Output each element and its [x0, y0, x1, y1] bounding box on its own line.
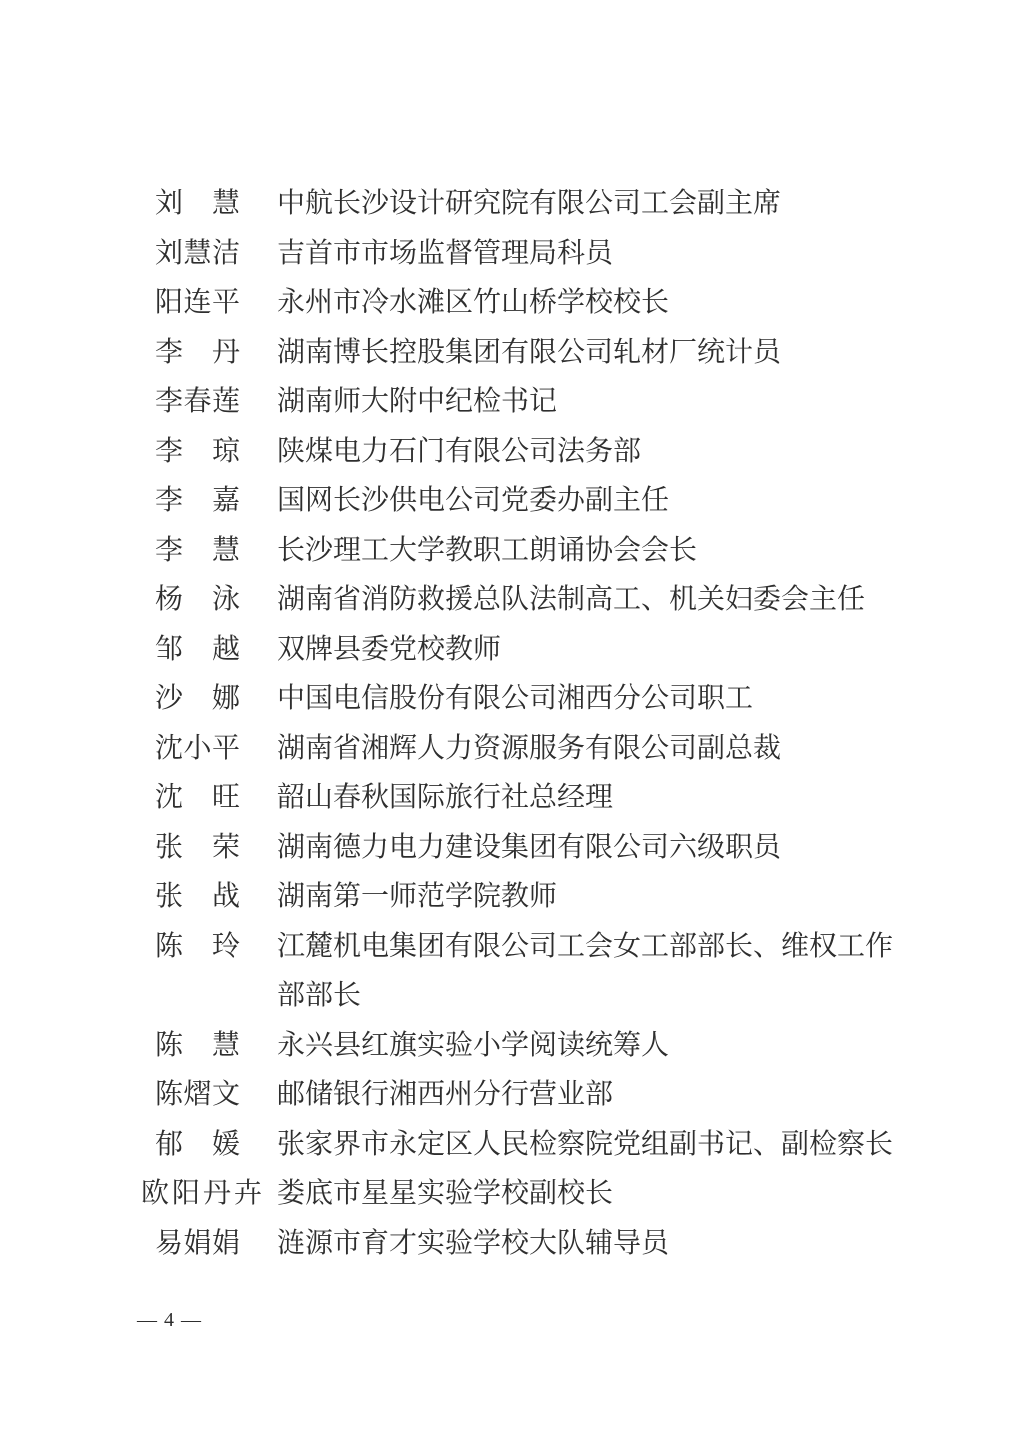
- entry-title: 涟源市育才实验学校大队辅导员: [277, 1219, 897, 1269]
- list-item: 阳连平 永州市冷水滩区竹山桥学校校长: [0, 278, 1024, 328]
- entry-title: 湖南德力电力建设集团有限公司六级职员: [277, 823, 897, 873]
- entry-name: 陈熠文: [155, 1070, 240, 1120]
- list-item: 张荣 湖南德力电力建设集团有限公司六级职员: [0, 823, 1024, 873]
- list-item: 李丹 湖南博长控股集团有限公司轧材厂统计员: [0, 328, 1024, 378]
- entry-title: 永州市冷水滩区竹山桥学校校长: [277, 278, 897, 328]
- entry-title: 湖南省消防救援总队法制高工、机关妇委会主任: [277, 575, 897, 625]
- list-item: 李春莲 湖南师大附中纪检书记: [0, 377, 1024, 427]
- entry-name: 刘慧: [155, 179, 240, 229]
- entry-name: 易娟娟: [155, 1219, 240, 1269]
- entry-name: 李琼: [155, 427, 240, 477]
- entry-title: 湖南博长控股集团有限公司轧材厂统计员: [277, 328, 897, 378]
- entry-title: 中国电信股份有限公司湘西分公司职工: [277, 674, 897, 724]
- entry-name: 陈玲: [155, 922, 240, 972]
- entry-title: 湖南省湘辉人力资源服务有限公司副总裁: [277, 724, 897, 774]
- entry-title: 湖南第一师范学院教师: [277, 872, 897, 922]
- entry-name: 沈旺: [155, 773, 240, 823]
- list-item: 杨泳 湖南省消防救援总队法制高工、机关妇委会主任: [0, 575, 1024, 625]
- entry-title: 双牌县委党校教师: [277, 625, 897, 675]
- entry-name: 李丹: [155, 328, 240, 378]
- list-item: 张战 湖南第一师范学院教师: [0, 872, 1024, 922]
- list-item: 郁媛 张家界市永定区人民检察院党组副书记、副检察长: [0, 1120, 1024, 1170]
- entry-title: 邮储银行湘西州分行营业部: [277, 1070, 897, 1120]
- page-number: — 4 —: [137, 1306, 202, 1334]
- entry-title: 国网长沙供电公司党委办副主任: [277, 476, 897, 526]
- list-item: 沙娜 中国电信股份有限公司湘西分公司职工: [0, 674, 1024, 724]
- entry-title: 中航长沙设计研究院有限公司工会副主席: [277, 179, 897, 229]
- entry-title: 湖南师大附中纪检书记: [277, 377, 897, 427]
- entry-name: 张荣: [155, 823, 240, 873]
- list-item: 易娟娟 涟源市育才实验学校大队辅导员: [0, 1219, 1024, 1269]
- list-item: 刘慧洁 吉首市市场监督管理局科员: [0, 229, 1024, 279]
- entry-title: 张家界市永定区人民检察院党组副书记、副检察长: [277, 1120, 897, 1170]
- entry-title: 江麓机电集团有限公司工会女工部部长、维权工作部部长: [277, 922, 897, 1021]
- entry-title: 陕煤电力石门有限公司法务部: [277, 427, 897, 477]
- entry-name: 李春莲: [155, 377, 240, 427]
- entry-name: 沈小平: [155, 724, 240, 774]
- entry-title: 吉首市市场监督管理局科员: [277, 229, 897, 279]
- entry-name: 李嘉: [155, 476, 240, 526]
- entry-name: 张战: [155, 872, 240, 922]
- list-item: 刘慧 中航长沙设计研究院有限公司工会副主席: [0, 179, 1024, 229]
- list-item: 李慧 长沙理工大学教职工朗诵协会会长: [0, 526, 1024, 576]
- entry-name: 李慧: [155, 526, 240, 576]
- entry-name: 陈慧: [155, 1021, 240, 1071]
- entry-name: 阳连平: [155, 278, 240, 328]
- entry-title: 韶山春秋国际旅行社总经理: [277, 773, 897, 823]
- entries-list: 刘慧 中航长沙设计研究院有限公司工会副主席 刘慧洁 吉首市市场监督管理局科员 阳…: [0, 179, 1024, 1268]
- entry-title: 长沙理工大学教职工朗诵协会会长: [277, 526, 897, 576]
- list-item: 陈玲 江麓机电集团有限公司工会女工部部长、维权工作部部长: [0, 922, 1024, 1021]
- list-item: 李嘉 国网长沙供电公司党委办副主任: [0, 476, 1024, 526]
- list-item: 沈小平 湖南省湘辉人力资源服务有限公司副总裁: [0, 724, 1024, 774]
- list-item: 沈旺 韶山春秋国际旅行社总经理: [0, 773, 1024, 823]
- list-item: 欧阳丹卉 娄底市星星实验学校副校长: [0, 1169, 1024, 1219]
- list-item: 邹越 双牌县委党校教师: [0, 625, 1024, 675]
- entry-name: 杨泳: [155, 575, 240, 625]
- entry-title: 永兴县红旗实验小学阅读统筹人: [277, 1021, 897, 1071]
- entry-name: 郁媛: [155, 1120, 240, 1170]
- entry-title: 娄底市星星实验学校副校长: [277, 1169, 897, 1219]
- list-item: 陈熠文 邮储银行湘西州分行营业部: [0, 1070, 1024, 1120]
- entry-name: 欧阳丹卉: [141, 1169, 262, 1219]
- entry-name: 刘慧洁: [155, 229, 240, 279]
- document-page: 刘慧 中航长沙设计研究院有限公司工会副主席 刘慧洁 吉首市市场监督管理局科员 阳…: [0, 0, 1024, 1448]
- entry-name: 邹越: [155, 625, 240, 675]
- entry-name: 沙娜: [155, 674, 240, 724]
- list-item: 李琼 陕煤电力石门有限公司法务部: [0, 427, 1024, 477]
- list-item: 陈慧 永兴县红旗实验小学阅读统筹人: [0, 1021, 1024, 1071]
